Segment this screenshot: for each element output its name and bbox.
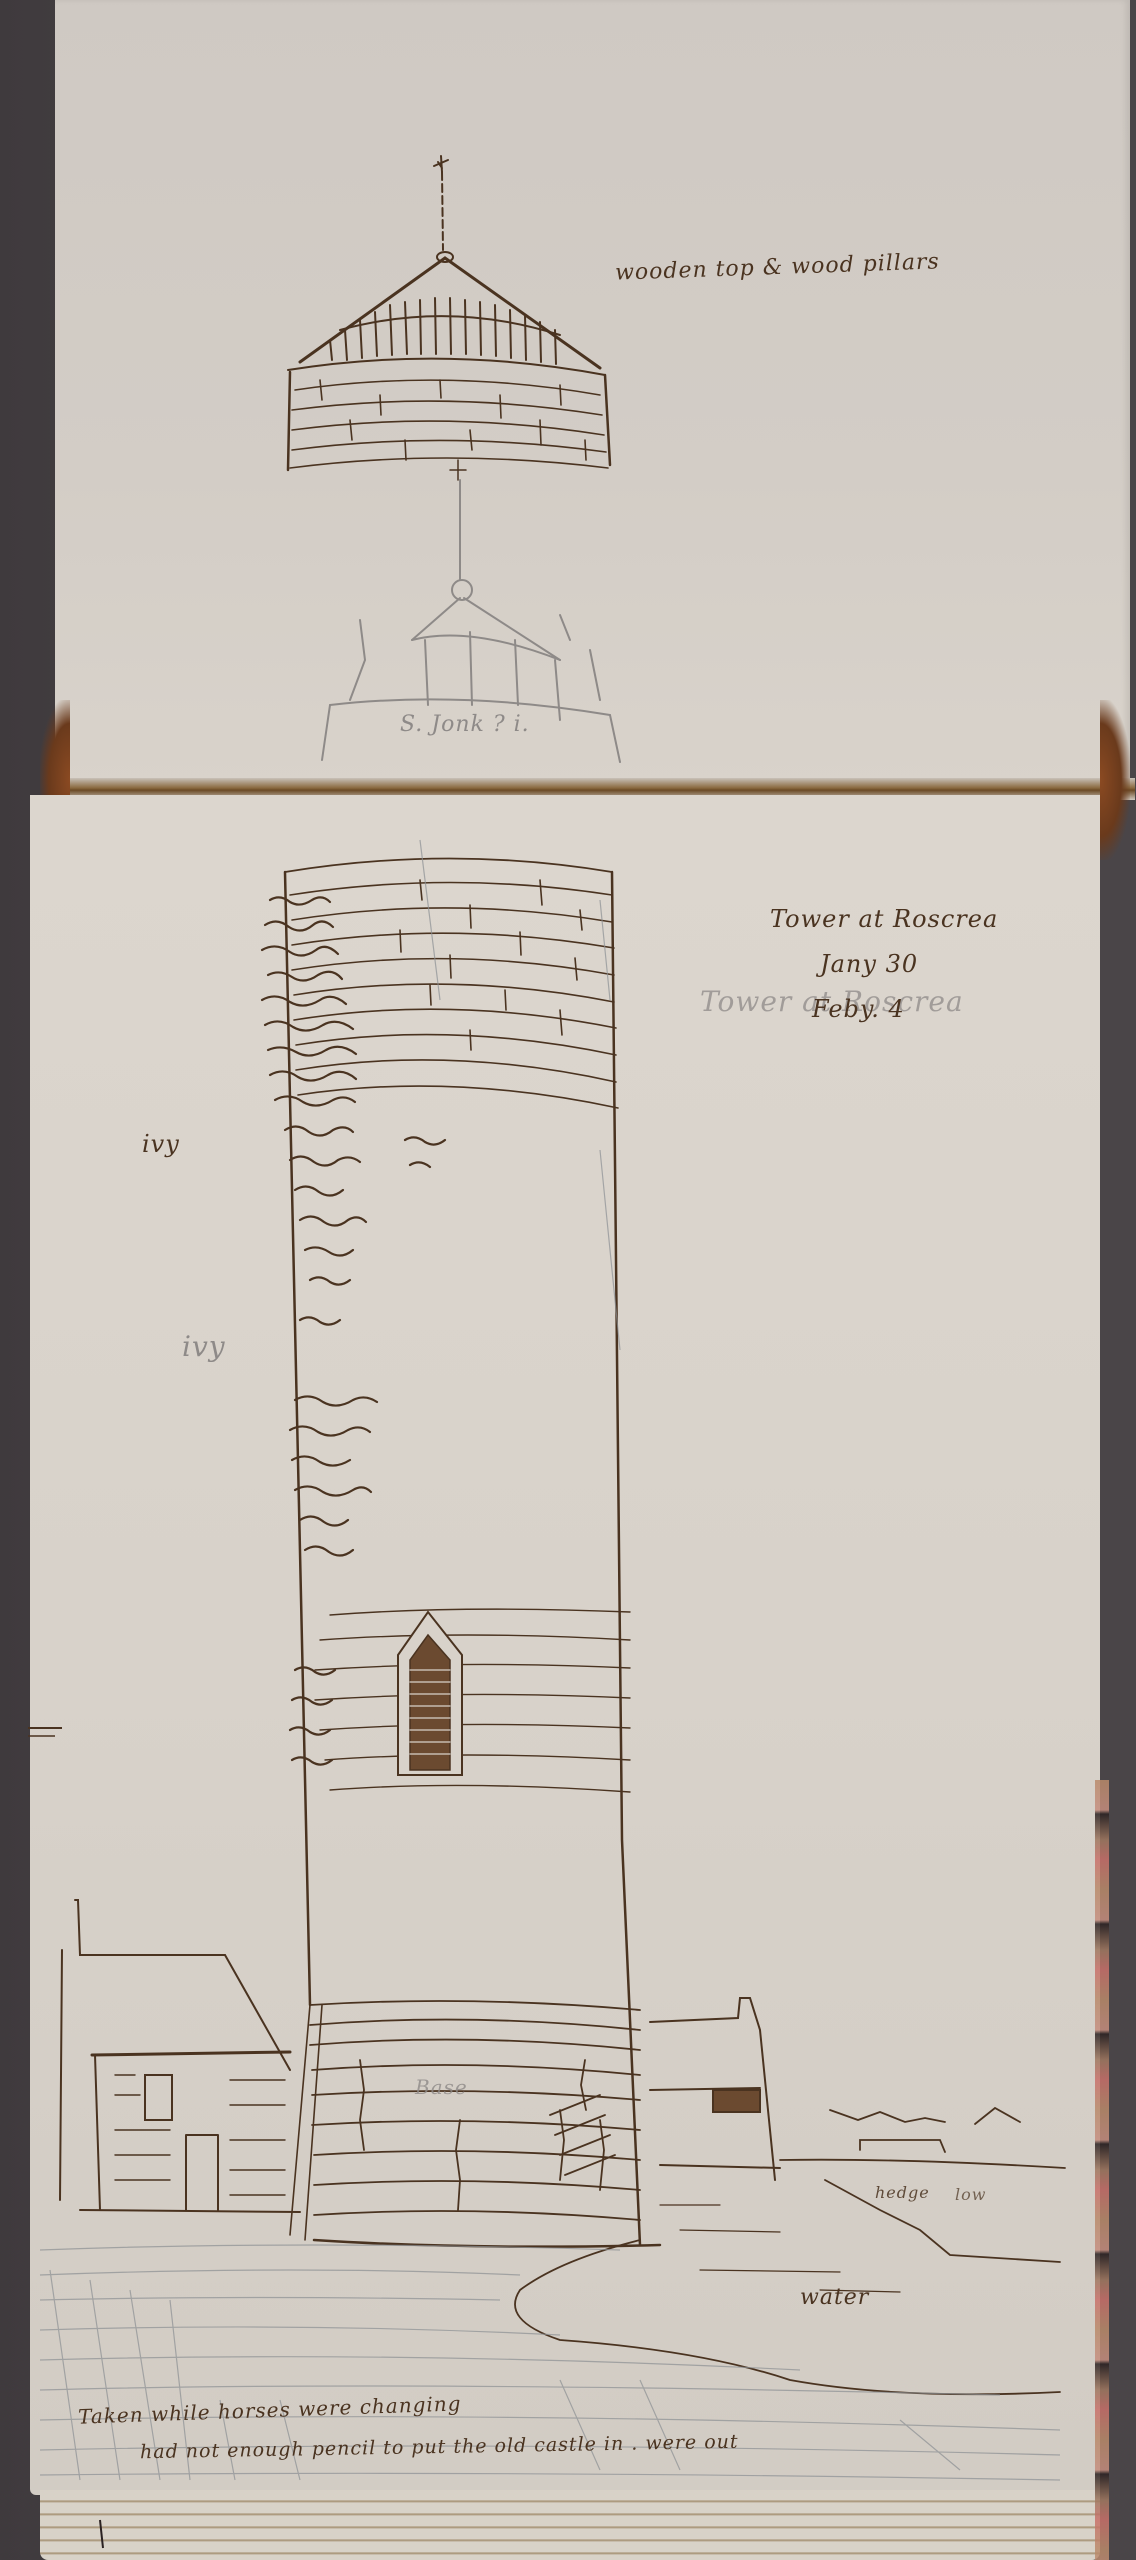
label-water: water (800, 2285, 869, 2310)
left-house (60, 1900, 300, 2212)
label-low: low (955, 2185, 986, 2204)
margin-note-ivy-2: ivy (182, 1330, 226, 1363)
tower-base-pencil-note: Base (415, 2075, 468, 2099)
round-tower-sketch (60, 859, 1065, 2395)
right-house (650, 1998, 780, 2180)
title-note-line2: Jany 30 (820, 950, 918, 978)
sketch-drawings (0, 0, 1136, 2560)
margin-note-ivy-1: ivy (142, 1130, 180, 1158)
title-note-line3: Feby. 4 (812, 995, 905, 1023)
tower-base (310, 2001, 660, 2247)
pencil-sketch-label: S. Jonk ? i. (400, 712, 530, 737)
label-hedge: hedge (875, 2183, 930, 2202)
landscape (515, 2108, 1065, 2394)
pencil-shading (40, 840, 1060, 2480)
ink-roof-sketch (288, 156, 610, 480)
title-note-line1: Tower at Roscrea (770, 905, 998, 933)
